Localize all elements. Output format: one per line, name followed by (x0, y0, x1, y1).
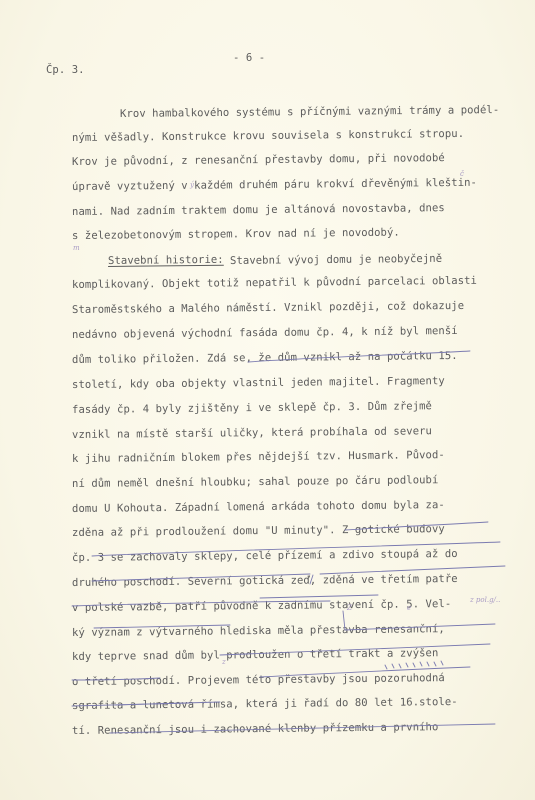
text-line: k jihu radničním blokem přes nějdejší tz… (72, 449, 445, 465)
text-line: sgrafita a lunetová římsa, která ji řadí… (72, 696, 458, 712)
text-line: tí. Renesanční jsou i zachované klenby p… (72, 721, 439, 737)
handwritten-correction: Z (347, 604, 352, 612)
section-label: Čp. 3. (46, 64, 85, 76)
text-line: ní dům neměl dnešní hloubku; sahal pouze… (72, 474, 439, 490)
text-line: druhého poschodí. Severní gotická zeď, z… (72, 573, 458, 589)
text-line: ký význam z výtvarného hlediska měla pře… (72, 623, 445, 639)
text-line: čp. 3 se zachovaly sklepy, celé přízemí … (72, 548, 458, 564)
text-line: úpravě vyztužený v každém druhém páru kr… (72, 177, 477, 193)
handwritten-correction: ý (190, 181, 194, 189)
section-heading: Stavební historie: (108, 254, 224, 267)
text-line: nedávno objevená východní fasáda domu čp… (72, 325, 458, 341)
text-line: nami. Nad zadním traktem domu je altánov… (72, 202, 445, 218)
text-line: o třetí poschodí. Projevem této přestavb… (72, 672, 445, 688)
text-line: Krov je původní, z renesanční přestavby … (72, 152, 445, 168)
text-line: s železobetonovým stropem. Krov nad ní j… (72, 227, 400, 242)
text-line: století, kdy oba objekty vlastnil jeden … (72, 375, 445, 391)
text-line: vznikl na místě starší uličky, která pro… (72, 425, 432, 441)
page-number: - 6 - (233, 52, 265, 64)
text-line: dům toliko přiložen. Zdá se, že dům vzni… (72, 350, 458, 366)
scanned-page: Čp. 3. - 6 - Krov hambalkového systému s… (0, 0, 535, 800)
handwritten-correction: m (73, 244, 80, 252)
handwritten-correction: č (460, 170, 464, 178)
text-line: nými věšadly. Konstrukce krovu souvisela… (72, 128, 464, 144)
margin-note: z pol.g/.. (470, 596, 500, 604)
text-line: v polské vazbě, patří původně k zadnímu … (72, 598, 451, 614)
text-line: Staroměstského a Malého náměstí. Vznikl … (72, 300, 464, 316)
text-line: Krov hambalkového systému s příčnými vaz… (120, 104, 499, 120)
handwritten-correction: e (407, 604, 411, 612)
text-line: zděna až při prodloužení domu "U minuty"… (72, 523, 445, 539)
handwritten-correction: z (222, 658, 226, 666)
text-line: Stavební vývoj domu je neobyčejně (230, 253, 442, 267)
text-line: domu U Kohouta. Západní lomená arkáda to… (72, 499, 445, 515)
text-line: kdy teprve snad dům byl prodloužen o tře… (72, 647, 439, 663)
text-line: fasády čp. 4 byly zjištěny i ve sklepě č… (72, 400, 432, 416)
text-line: komplikovaný. Objekt totiž nepatřil k pů… (72, 275, 477, 291)
